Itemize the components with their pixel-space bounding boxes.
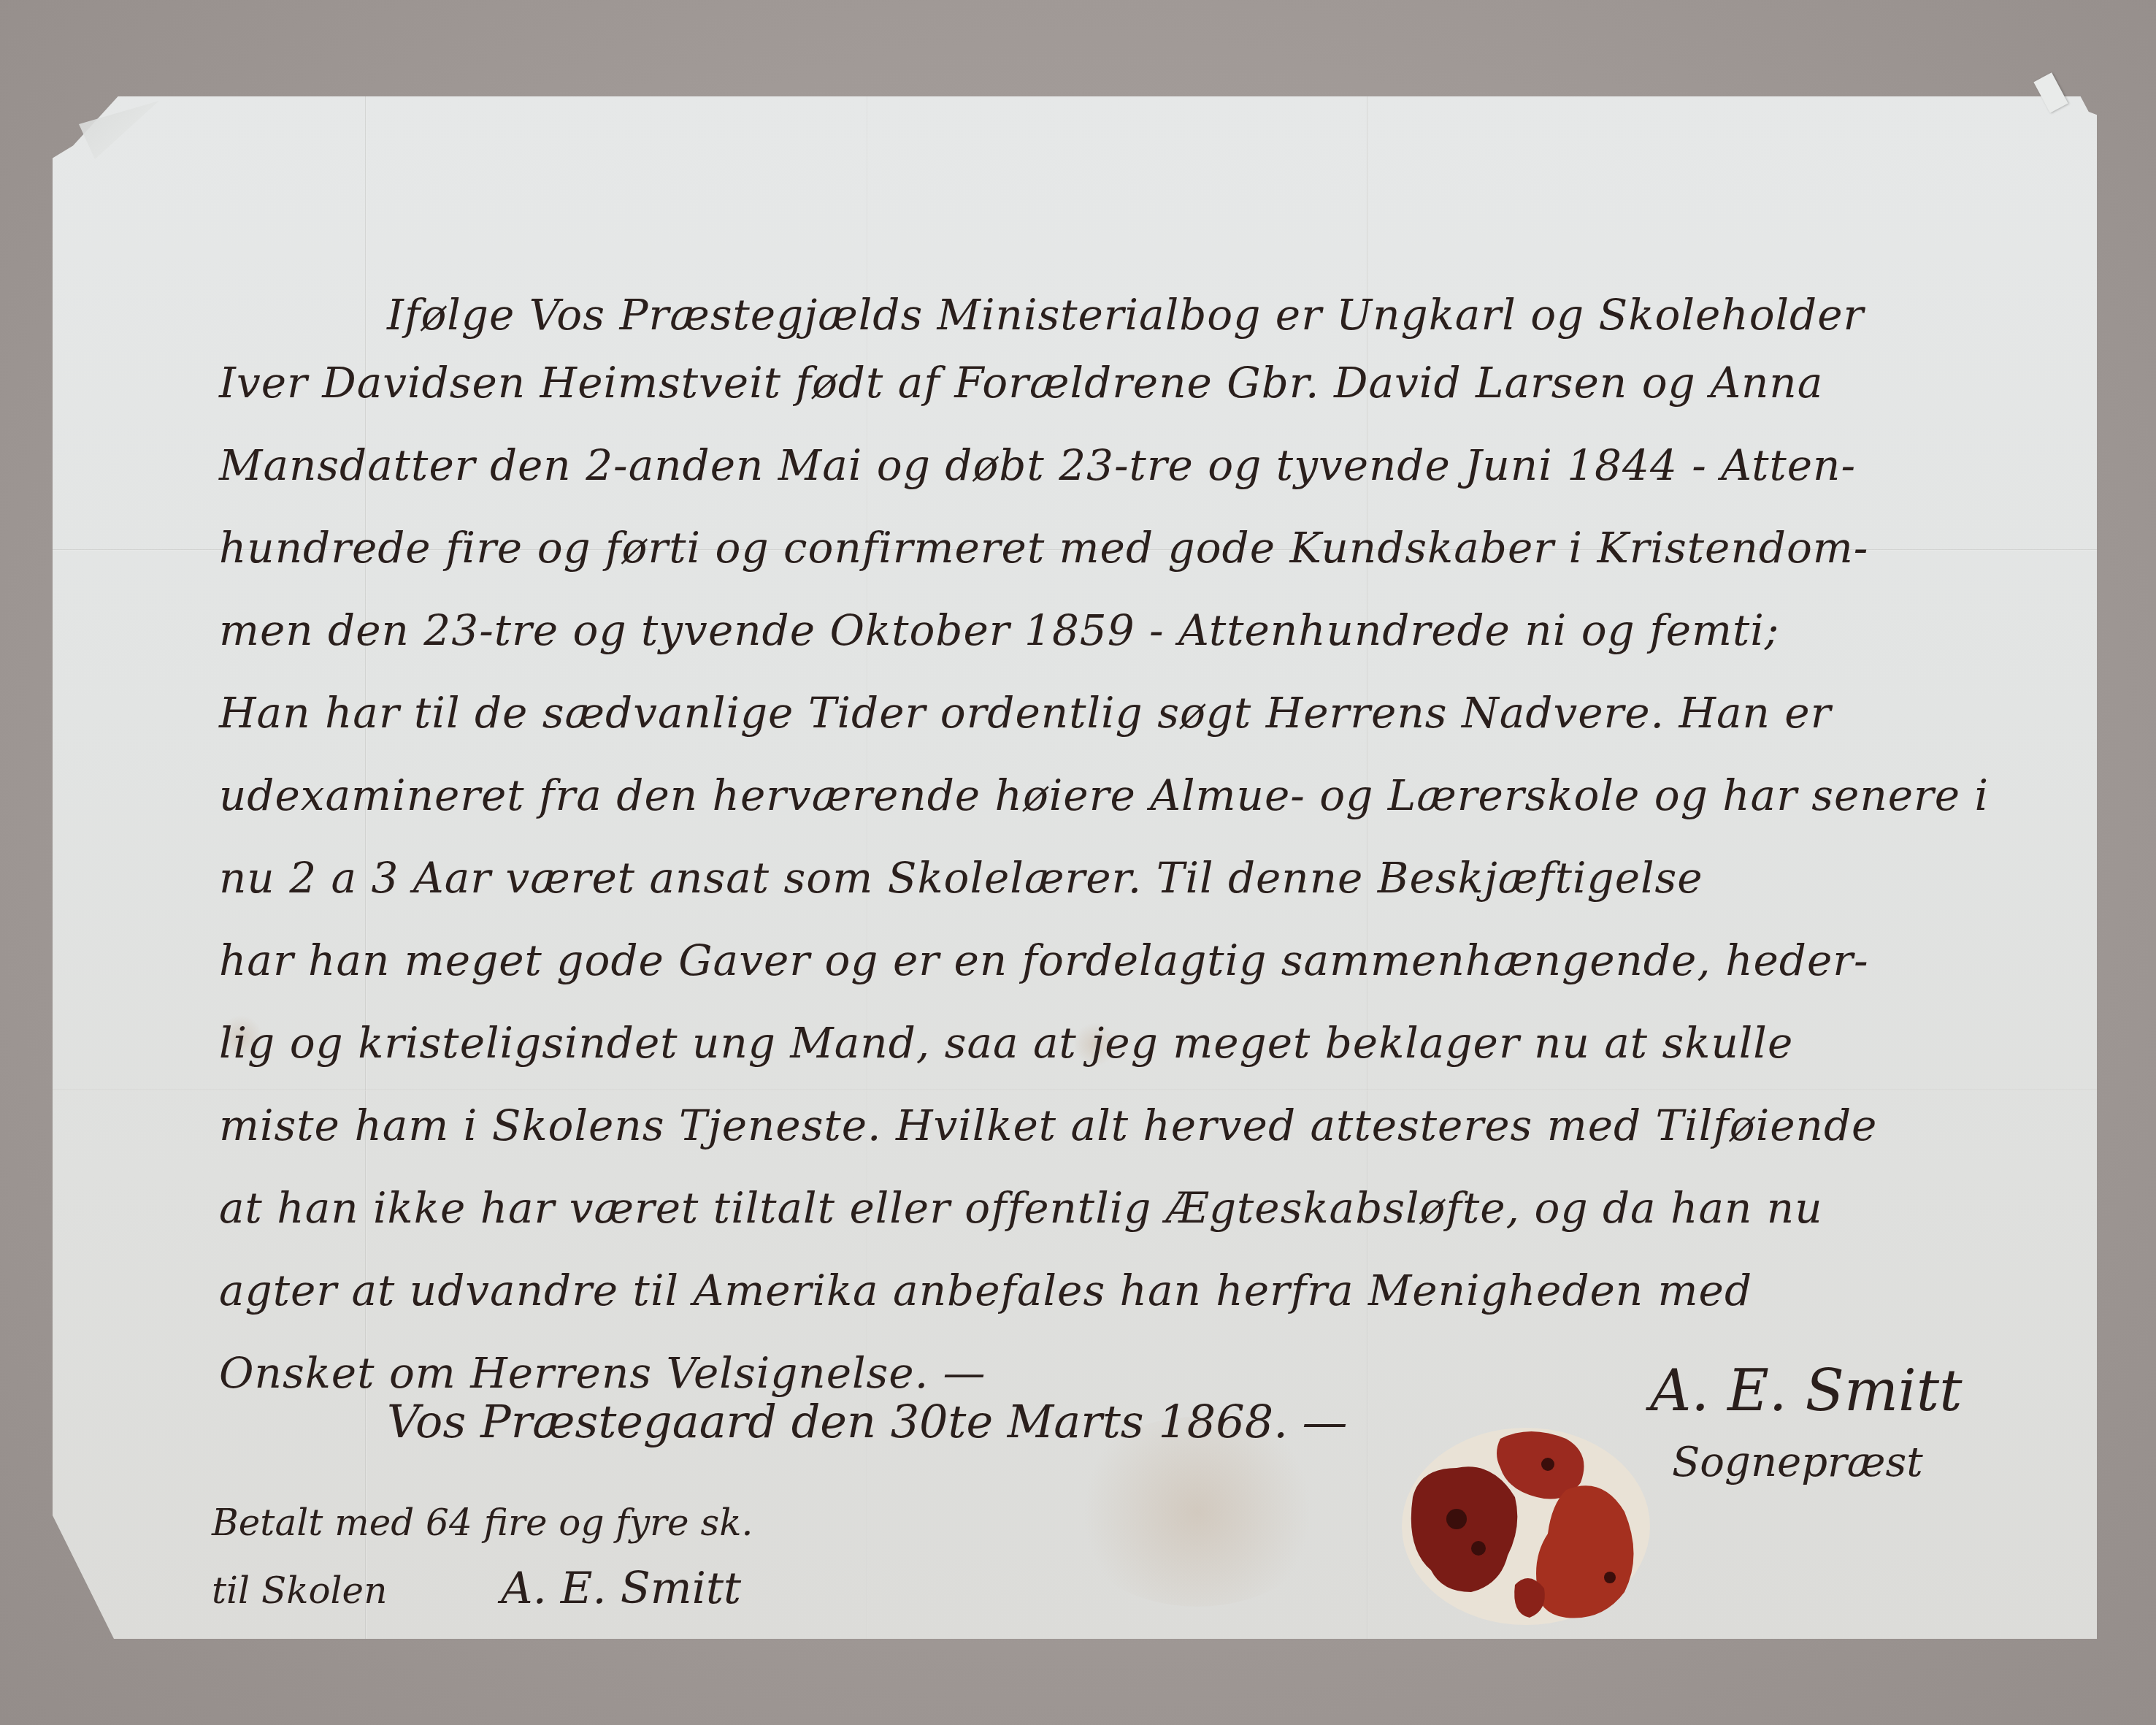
signature-name: A. E. Smitt xyxy=(1650,1358,1962,1424)
wax-seal-icon xyxy=(1391,1410,1661,1632)
payment-note-signature: A. E. Smitt xyxy=(501,1563,741,1614)
payment-note-recipient: til Skolen xyxy=(212,1569,387,1612)
payment-note-line-2: til Skolen A. E. Smitt xyxy=(212,1556,753,1623)
dateline: Vos Præstegaard den 30te Marts 1868. — xyxy=(387,1395,1348,1448)
payment-note: Betalt med 64 fire og fyre sk. til Skole… xyxy=(212,1490,753,1623)
payment-note-line-1: Betalt med 64 fire og fyre sk. xyxy=(212,1490,753,1556)
signature-title: Sognepræst xyxy=(1672,1439,1923,1486)
certificate-body: Ifølge Vos Præstegjælds Ministerialbog e… xyxy=(219,234,2088,1455)
